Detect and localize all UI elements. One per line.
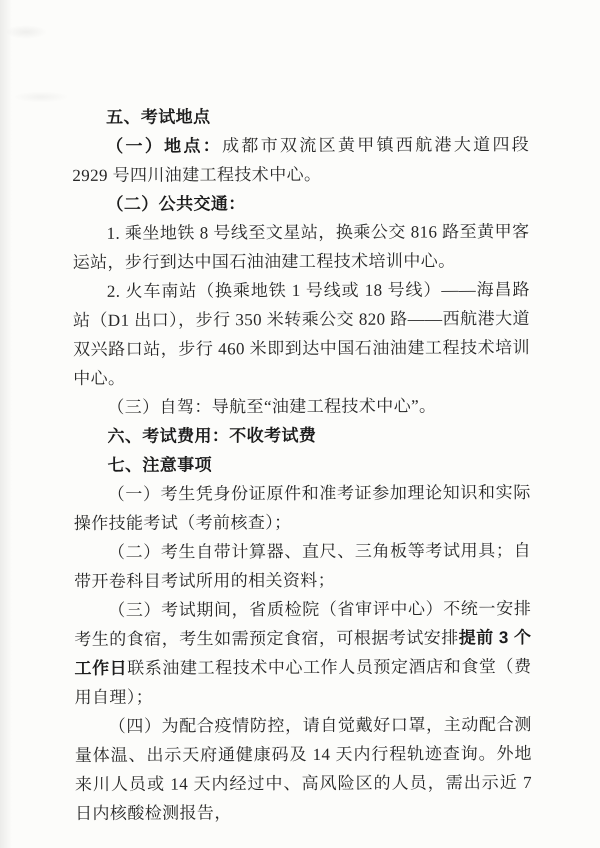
para-exam-address-label: （一）地点： xyxy=(106,136,222,156)
para-public-transport-label: （二）公共交通： xyxy=(72,188,529,219)
para-note-3-lodging: （三）考试期间，省质检院（省审评中心）不统一安排考生的食宿，考生如需预定食宿，可… xyxy=(74,594,532,712)
scan-smudge-artifact xyxy=(6,22,76,112)
document-content: 五、考试地点 （一）地点：成都市双流区黄甲镇西航港大道四段 2929 号四川油建… xyxy=(72,101,532,828)
para-transit-route-2: 2. 火车南站（换乘地铁 1 号线或 18 号线）——海昌路站（D1 出口），步… xyxy=(73,275,531,393)
scan-edge-shadow xyxy=(0,0,12,848)
heading-exam-fee: 六、考试费用：不收考试费 xyxy=(73,420,530,451)
para-note-3-post: 联系油建工程技术中心工作人员预定酒店和食堂（费用自理）； xyxy=(75,657,532,707)
para-exam-address: （一）地点：成都市双流区黄甲镇西航港大道四段 2929 号四川油建工程技术中心。 xyxy=(72,130,529,190)
para-self-drive: （三）自驾：导航至“油建工程技术中心”。 xyxy=(73,391,530,422)
para-note-2-exam-tools: （二）考生自带计算器、直尺、三角板等考试用具；自带开卷科目考试所用的相关资料； xyxy=(74,536,531,596)
public-transport-label: （二）公共交通： xyxy=(106,194,245,214)
para-transit-route-1: 1. 乘坐地铁 8 号线至文星站，换乘公交 816 路至黄甲客运站，步行到达中国… xyxy=(73,217,530,277)
para-note-1-id-check: （一）考生凭身份证原件和准考证参加理论知识和实际操作技能考试（考前核查）； xyxy=(74,478,531,538)
heading-exam-location: 五、考试地点 xyxy=(72,101,529,132)
heading-notes: 七、注意事项 xyxy=(74,449,531,480)
para-note-4-covid: （四）为配合疫情防控，请自觉戴好口罩，主动配合测量体温、出示天府通健康码及 14… xyxy=(75,710,533,828)
scanned-document-page: 五、考试地点 （一）地点：成都市双流区黄甲镇西航港大道四段 2929 号四川油建… xyxy=(0,0,600,848)
